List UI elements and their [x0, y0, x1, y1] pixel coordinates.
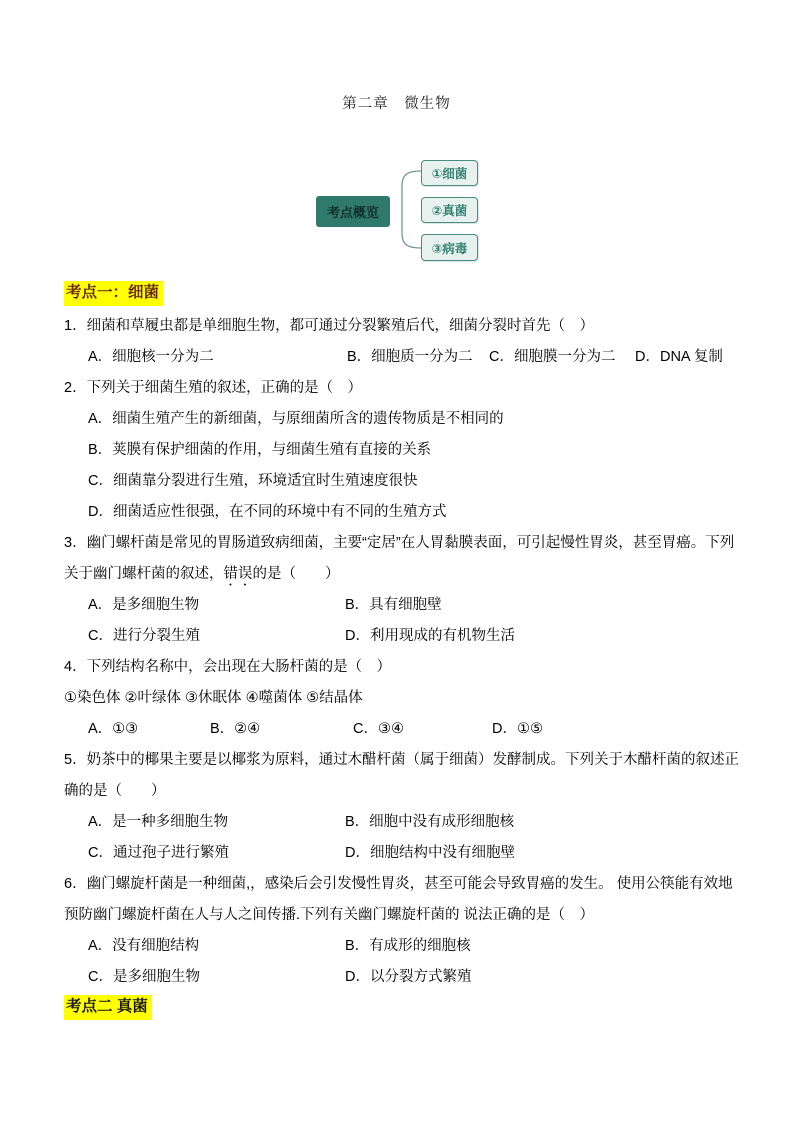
q5-option-c: C．通过孢子进行繁殖	[88, 838, 229, 869]
question-6-options-row1: A．没有细胞结构 B．有成形的细胞核	[0, 931, 793, 962]
q3-stem-pre: 关于幽门螺杆菌的叙述，	[64, 566, 224, 582]
q4-option-c: C．③④	[353, 714, 404, 745]
q3-stem-emphasis: 错误	[224, 566, 253, 582]
q5-option-d: D．细胞结构中没有细胞壁	[345, 838, 515, 869]
q4-option-a: A．①③	[88, 714, 138, 745]
q5-option-b: B．细胞中没有成形细胞核	[345, 807, 514, 838]
q6-option-a: A．没有细胞结构	[88, 931, 199, 962]
question-3-stem-line1: 3．幽门螺杆菌是常见的胃肠道致病细菌，主要“定居”在人胃黏膜表面，可引起慢性胃炎…	[64, 528, 793, 559]
q2-option-b: B．荚膜有保护细菌的作用，与细菌生殖有直接的关系	[88, 435, 793, 466]
question-5-stem-line1: 5．奶茶中的椰果主要是以椰浆为原料，通过木醋杆菌（属于细菌）发酵制成。下列关于木…	[64, 745, 793, 776]
q3-option-c: C．进行分裂生殖	[88, 621, 200, 652]
q3-option-a: A．是多细胞生物	[88, 590, 199, 621]
question-6-stem-line1: 6．幽门螺旋杆菌是一种细菌,，感染后会引发慢性胃炎，甚至可能会导致胃癌的发生。 …	[64, 869, 793, 900]
mindmap-root-node: 考点概览	[316, 196, 390, 227]
question-1-stem: 1．细菌和草履虫都是单细胞生物，都可通过分裂繁殖后代，细菌分裂时首先（ ）	[64, 311, 793, 342]
question-6-stem-line2: 预防幽门螺旋杆菌在人与人之间传播.下列有关幽门螺旋杆菌的 说法正确的是（ ）	[64, 900, 793, 931]
q3-option-b: B．具有细胞壁	[345, 590, 442, 621]
question-5-options-row2: C．通过孢子进行繁殖 D．细胞结构中没有细胞壁	[0, 838, 793, 869]
question-3-options-row2: C．进行分裂生殖 D．利用现成的有机物生活	[0, 621, 793, 652]
question-4-stem: 4．下列结构名称中，会出现在大肠杆菌的是（ ）	[64, 652, 793, 683]
q2-option-c: C．细菌靠分裂进行生殖，环境适宜时生殖速度很快	[88, 466, 793, 497]
question-3-options-row1: A．是多细胞生物 B．具有细胞壁	[0, 590, 793, 621]
question-6-options-row2: C．是多细胞生物 D．以分裂方式繁殖	[0, 962, 793, 993]
q6-option-c: C．是多细胞生物	[88, 962, 200, 993]
q1-option-d: D．DNA 复制	[635, 342, 723, 373]
section-heading-two-row: 考点二 真菌	[64, 995, 793, 1021]
mindmap-connector	[385, 160, 425, 260]
question-3-stem-line2: 关于幽门螺杆菌的叙述，错误的是（ ）	[64, 559, 793, 590]
q1-option-a: A．细胞核一分为二	[88, 342, 214, 373]
q1-option-c: C．细胞膜一分为二	[489, 342, 615, 373]
page-title: 第二章 微生物	[0, 0, 793, 112]
document-page: 第二章 微生物 考点概览 ①细菌 ②真菌 ③病毒 考点一：细菌 1．细菌和草履虫…	[0, 0, 793, 1122]
question-4-options: A．①③ B．②④ C．③④ D．①⑤	[0, 714, 793, 745]
q6-option-b: B．有成形的细胞核	[345, 931, 471, 962]
mindmap-branch-bacteria: ①细菌	[421, 160, 478, 186]
q2-option-d: D．细菌适应性很强，在不同的环境中有不同的生殖方式	[88, 497, 793, 528]
q5-option-a: A．是一种多细胞生物	[88, 807, 228, 838]
q3-option-d: D．利用现成的有机物生活	[345, 621, 515, 652]
section-heading-one: 考点一：细菌	[64, 281, 163, 306]
q4-option-b: B．②④	[210, 714, 260, 745]
section-heading-two: 考点二 真菌	[64, 995, 152, 1020]
q4-option-d: D．①⑤	[492, 714, 543, 745]
question-5-stem-line2: 确的是（ ）	[64, 776, 793, 807]
mindmap: 考点概览 ①细菌 ②真菌 ③病毒	[0, 158, 793, 273]
section-heading-one-row: 考点一：细菌	[64, 281, 793, 307]
mindmap-branch-fungi: ②真菌	[421, 197, 478, 223]
question-5-options-row1: A．是一种多细胞生物 B．细胞中没有成形细胞核	[0, 807, 793, 838]
q6-option-d: D．以分裂方式繁殖	[345, 962, 471, 993]
q1-option-b: B．细胞质一分为二	[347, 342, 473, 373]
mindmap-branch-virus: ③病毒	[421, 234, 478, 261]
q3-stem-post: 的是（ ）	[253, 566, 340, 582]
question-4-items: ①染色体 ②叶绿体 ③休眠体 ④噬菌体 ⑤结晶体	[64, 683, 793, 714]
q2-option-a: A．细菌生殖产生的新细菌，与原细菌所含的遗传物质是不相同的	[88, 404, 793, 435]
question-1-options: A．细胞核一分为二 B．细胞质一分为二 C．细胞膜一分为二 D．DNA 复制	[0, 342, 793, 373]
question-2-stem: 2．下列关于细菌生殖的叙述，正确的是（ ）	[64, 373, 793, 404]
